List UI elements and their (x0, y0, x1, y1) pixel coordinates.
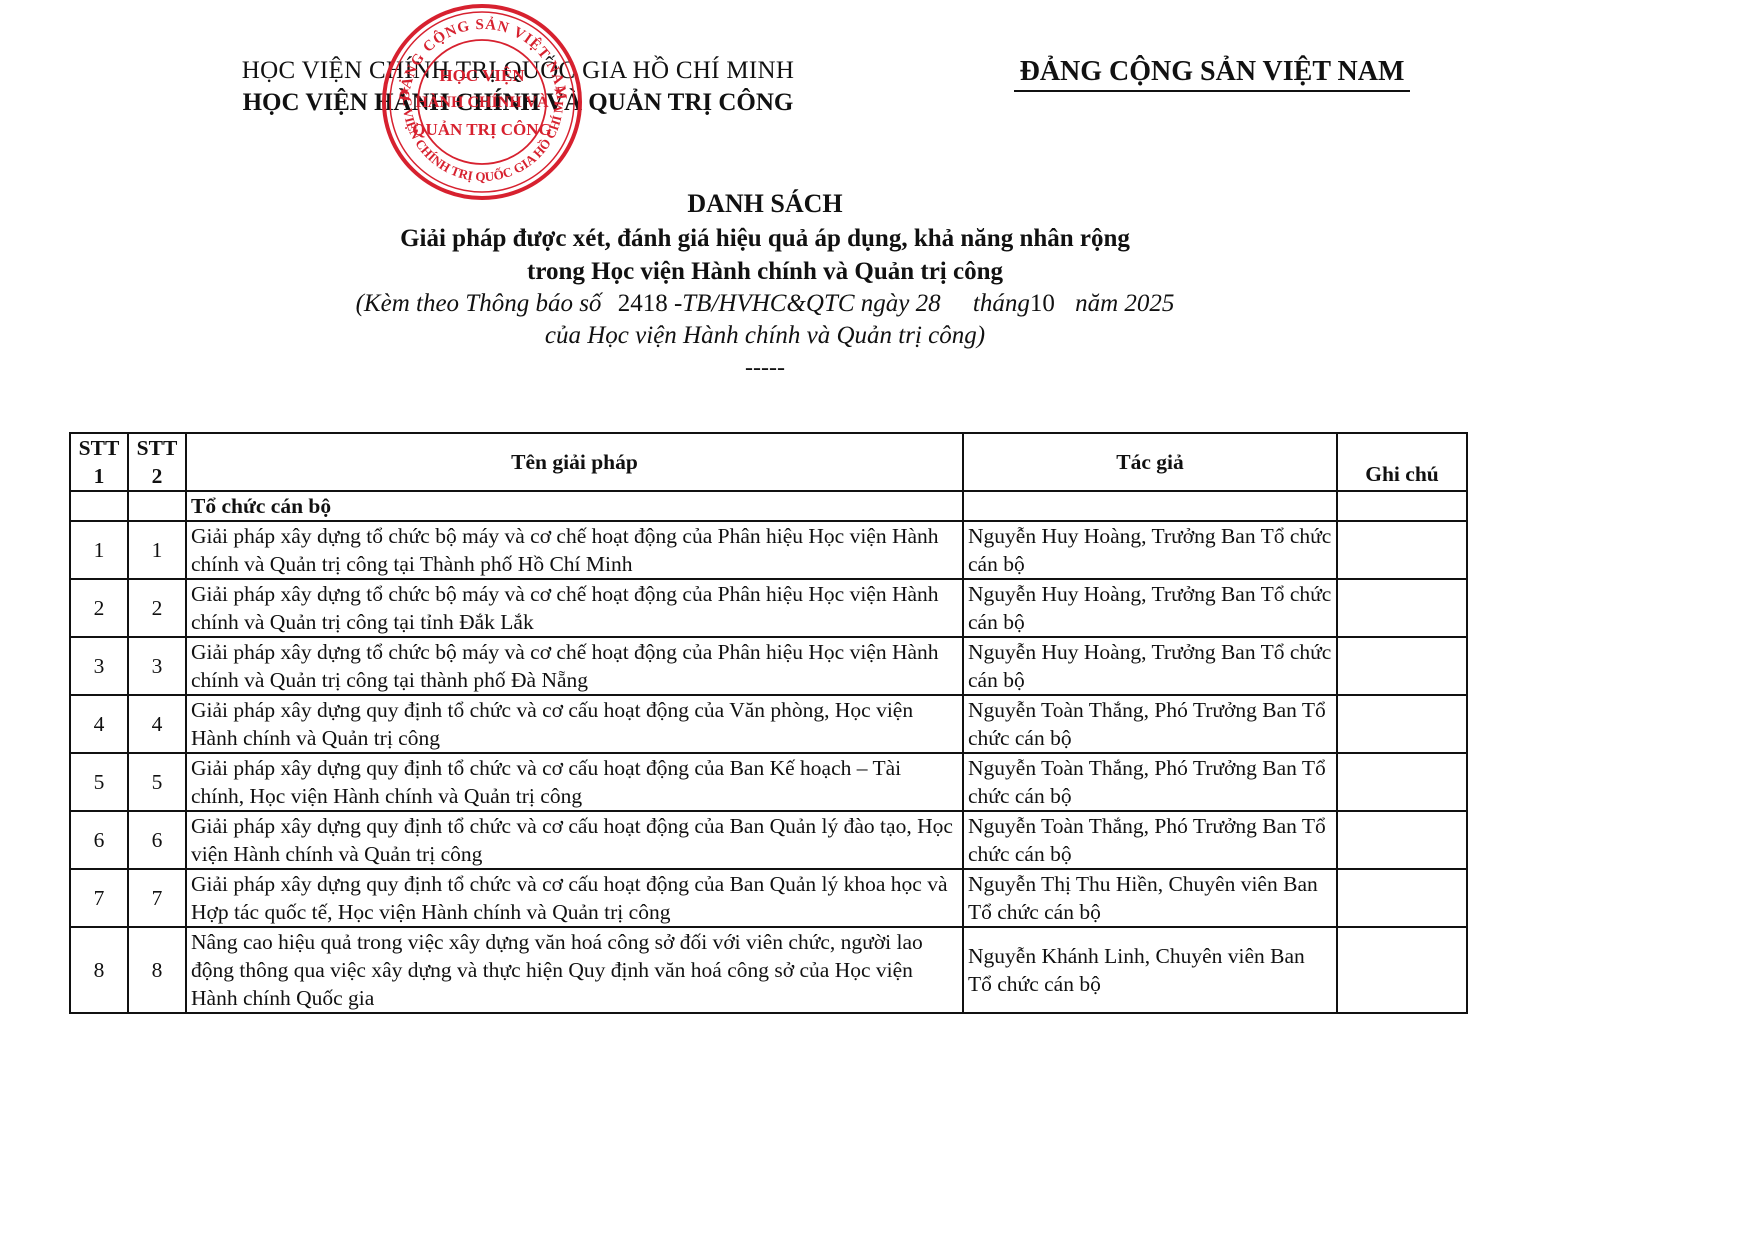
ref-code: -TB/HVHC&QTC ngày (674, 290, 909, 317)
cell-solution-name: Giải pháp xây dựng quy định tổ chức và c… (186, 811, 963, 869)
parent-org-name: HỌC VIỆN CHÍNH TRỊ QUỐC GIA HỒ CHÍ MINH (228, 56, 808, 86)
cell-stt2: 5 (128, 753, 186, 811)
cell-solution-name: Giải pháp xây dựng quy định tổ chức và c… (186, 695, 963, 753)
document-reference-line2: của Học viện Hành chính và Quản trị công… (300, 320, 1230, 352)
cell-solution-name: Giải pháp xây dựng tổ chức bộ máy và cơ … (186, 579, 963, 637)
ref-year: năm 2025 (1075, 290, 1174, 317)
document-title-block: DANH SÁCH Giải pháp được xét, đánh giá h… (300, 186, 1230, 378)
table-row: 88Nâng cao hiệu quả trong việc xây dựng … (70, 927, 1467, 1013)
org-name: HỌC VIỆN HÀNH CHÍNH VÀ QUẢN TRỊ CÔNG (228, 86, 808, 120)
document-subtitle-line2: trong Học viện Hành chính và Quản trị cô… (300, 255, 1230, 288)
ref-month: 10 (1030, 290, 1055, 317)
cell-stt2: 4 (128, 695, 186, 753)
cell-solution-name: Giải pháp xây dựng quy định tổ chức và c… (186, 753, 963, 811)
separator: ----- (300, 358, 1230, 378)
document-subtitle-line1: Giải pháp được xét, đánh giá hiệu quả áp… (300, 222, 1230, 255)
cell-stt1: 2 (70, 579, 128, 637)
cell-author: Nguyễn Thị Thu Hiền, Chuyên viên Ban Tổ … (963, 869, 1337, 927)
cell-solution-name: Giải pháp xây dựng tổ chức bộ máy và cơ … (186, 637, 963, 695)
cell-stt2: 6 (128, 811, 186, 869)
cell-author: Nguyễn Toàn Thắng, Phó Trưởng Ban Tổ chứ… (963, 753, 1337, 811)
cell-stt2: 3 (128, 637, 186, 695)
cell-note (1337, 927, 1467, 1013)
header-note: Ghi chú (1337, 433, 1467, 491)
cell-solution-name: Nâng cao hiệu quả trong việc xây dựng vă… (186, 927, 963, 1013)
cell-author: Nguyễn Huy Hoàng, Trưởng Ban Tổ chức cán… (963, 579, 1337, 637)
table-row: 22Giải pháp xây dựng tổ chức bộ máy và c… (70, 579, 1467, 637)
cell-author: Nguyễn Khánh Linh, Chuyên viên Ban Tổ ch… (963, 927, 1337, 1013)
solutions-table: STT 1 STT 2 Tên giải pháp Tác giả Ghi ch… (69, 432, 1468, 1014)
table-row: 66Giải pháp xây dựng quy định tổ chức và… (70, 811, 1467, 869)
cell-stt2: 7 (128, 869, 186, 927)
header-stt2: STT 2 (128, 433, 186, 491)
group-label: Tổ chức cán bộ (186, 491, 963, 521)
cell-stt2: 2 (128, 579, 186, 637)
cell-author: Nguyễn Huy Hoàng, Trưởng Ban Tổ chức cán… (963, 637, 1337, 695)
cell-stt1: 3 (70, 637, 128, 695)
header-solution-name: Tên giải pháp (186, 433, 963, 491)
cell-note (1337, 579, 1467, 637)
cell-stt2: 8 (128, 927, 186, 1013)
table-row: 77Giải pháp xây dựng quy định tổ chức và… (70, 869, 1467, 927)
cell-stt1: 7 (70, 869, 128, 927)
table-row: 11 Giải pháp xây dựng tổ chức bộ máy và … (70, 521, 1467, 579)
cell-note (1337, 753, 1467, 811)
cell-note (1337, 869, 1467, 927)
cell-stt1: 4 (70, 695, 128, 753)
cell-stt1: 8 (70, 927, 128, 1013)
cell-stt1: 5 (70, 753, 128, 811)
ref-day: 28 (916, 290, 941, 317)
group-row: Tổ chức cán bộ (70, 491, 1467, 521)
table-header-row: STT 1 STT 2 Tên giải pháp Tác giả Ghi ch… (70, 433, 1467, 491)
cell-author: Nguyễn Huy Hoàng, Trưởng Ban Tổ chức cán… (963, 521, 1337, 579)
cell-stt2: 1 (128, 521, 186, 579)
table-row: 55Giải pháp xây dựng quy định tổ chức và… (70, 753, 1467, 811)
document-reference-line1: (Kèm theo Thông báo số 2418 -TB/HVHC&QTC… (300, 288, 1230, 320)
cell-note (1337, 695, 1467, 753)
header-stt1: STT 1 (70, 433, 128, 491)
cell-note (1337, 521, 1467, 579)
ref-prefix: (Kèm theo Thông báo số (356, 290, 602, 317)
document-heading: DANH SÁCH (300, 186, 1230, 222)
ref-number: 2418 (618, 290, 668, 317)
cell-solution-name: Giải pháp xây dựng tổ chức bộ máy và cơ … (186, 521, 963, 579)
party-name-header: ĐẢNG CỘNG SẢN VIỆT NAM (1014, 54, 1410, 92)
issuing-org-header: HỌC VIỆN CHÍNH TRỊ QUỐC GIA HỒ CHÍ MINH … (228, 56, 808, 120)
cell-solution-name: Giải pháp xây dựng quy định tổ chức và c… (186, 869, 963, 927)
cell-note (1337, 637, 1467, 695)
cell-author: Nguyễn Toàn Thắng, Phó Trưởng Ban Tổ chứ… (963, 811, 1337, 869)
header-author: Tác giả (963, 433, 1337, 491)
cell-stt1: 6 (70, 811, 128, 869)
cell-stt1: 1 (70, 521, 128, 579)
cell-author: Nguyễn Toàn Thắng, Phó Trưởng Ban Tổ chứ… (963, 695, 1337, 753)
table-row: 33Giải pháp xây dựng tổ chức bộ máy và c… (70, 637, 1467, 695)
cell-note (1337, 811, 1467, 869)
table-row: 44Giải pháp xây dựng quy định tổ chức và… (70, 695, 1467, 753)
ref-month-label: tháng (973, 290, 1030, 317)
svg-text:QUẢN TRỊ CÔNG: QUẢN TRỊ CÔNG (412, 120, 551, 139)
